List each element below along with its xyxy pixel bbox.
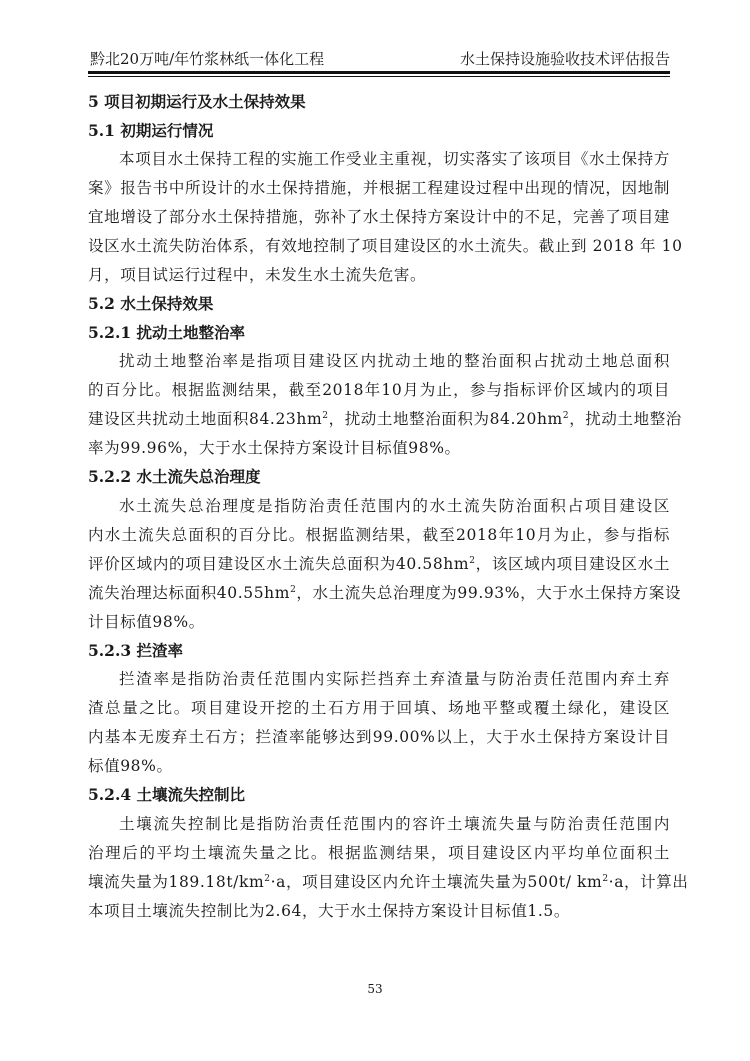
paragraph-line: 设区水土流失防治体系，有效地控制了项目建设区的水土流失。截止到 2018 年 1… [88, 232, 670, 261]
paragraph-line: 评价区域内的项目建设区水土流失总面积为40.58hm2，该区域内项目建设区水土 [88, 550, 670, 579]
section-5-2-2-paragraph: 水土流失总治理度是指防治责任范围内的水土流失防治面积占项目建设区 内水土流失总面… [88, 492, 670, 637]
paragraph-line: 建设区共扰动土地面积84.23hm2，扰动土地整治面积为84.20hm2，扰动土… [88, 405, 670, 434]
header-rule-thick [88, 71, 670, 74]
paragraph-line: 内基本无废弃土石方；拦渣率能够达到99.00%以上，大于水土保持方案设计目 [88, 723, 670, 752]
section-5-2-3-heading: 5.2.3 拦渣率 [88, 637, 670, 666]
paragraph-line: 本项目土壤流失控制比为2.64，大于水土保持方案设计目标值1.5。 [88, 897, 670, 926]
paragraph-line: 渣总量之比。项目建设开挖的土石方用于回填、场地平整或覆土绿化，建设区 [88, 694, 670, 723]
paragraph-line: 月，项目试运行过程中，未发生水土流失危害。 [88, 261, 670, 290]
paragraph-line: 的百分比。根据监测结果，截至2018年10月为止，参与指标评价区域内的项目 [88, 376, 670, 405]
page-body: 5 项目初期运行及水土保持效果 5.1 初期运行情况 本项目水土保持工程的实施工… [88, 88, 670, 926]
section-5-2-2-heading: 5.2.2 水土流失总治理度 [88, 463, 670, 492]
page-number: 53 [0, 982, 750, 996]
paragraph-line: 壤流失量为189.18t/km2·a，项目建设区内允许土壤流失量为500t/ k… [88, 868, 670, 897]
paragraph-line: 案》报告书中所设计的水土保持措施，并根据工程建设过程中出现的情况，因地制 [88, 174, 670, 203]
section-5-2-3-paragraph: 拦渣率是指防治责任范围内实际拦挡弃土弃渣量与防治责任范围内弃土弃 渣总量之比。项… [88, 665, 670, 781]
header-rule-thin [88, 76, 670, 77]
section-5-2-1-paragraph: 扰动土地整治率是指项目建设区内扰动土地的整治面积占扰动土地总面积 的百分比。根据… [88, 347, 670, 463]
header-project-title: 黔北20万吨/年竹浆林纸一体化工程 [90, 48, 324, 69]
paragraph-line: 率为99.96%，大于水土保持方案设计目标值98%。 [88, 434, 670, 463]
paragraph-line: 治理后的平均土壤流失量之比。根据监测结果，项目建设区内平均单位面积土 [88, 839, 670, 868]
section-5-heading: 5 项目初期运行及水土保持效果 [88, 88, 670, 117]
section-5-2-1-heading: 5.2.1 扰动土地整治率 [88, 319, 670, 348]
paragraph-line: 扰动土地整治率是指项目建设区内扰动土地的整治面积占扰动土地总面积 [88, 347, 670, 376]
section-5-1-paragraph: 本项目水土保持工程的实施工作受业主重视，切实落实了该项目《水土保持方 案》报告书… [88, 145, 670, 290]
section-5-2-heading: 5.2 水土保持效果 [88, 290, 670, 319]
paragraph-line: 水土流失总治理度是指防治责任范围内的水土流失防治面积占项目建设区 [88, 492, 670, 521]
paragraph-line: 流失治理达标面积40.55hm2，水土流失总治理度为99.93%，大于水土保持方… [88, 579, 670, 608]
paragraph-line: 拦渣率是指防治责任范围内实际拦挡弃土弃渣量与防治责任范围内弃土弃 [88, 665, 670, 694]
paragraph-line: 计目标值98%。 [88, 608, 670, 637]
header-report-title: 水土保持设施验收技术评估报告 [460, 48, 670, 69]
page-header: 黔北20万吨/年竹浆林纸一体化工程 水土保持设施验收技术评估报告 [88, 46, 670, 70]
paragraph-line: 本项目水土保持工程的实施工作受业主重视，切实落实了该项目《水土保持方 [88, 145, 670, 174]
paragraph-line: 宜地增设了部分水土保持措施，弥补了水土保持方案设计中的不足，完善了项目建 [88, 203, 670, 232]
paragraph-line: 标值98%。 [88, 752, 670, 781]
paragraph-line: 内水土流失总面积的百分比。根据监测结果，截至2018年10月为止，参与指标 [88, 521, 670, 550]
section-5-2-4-heading: 5.2.4 土壤流失控制比 [88, 781, 670, 810]
section-5-2-4-paragraph: 土壤流失控制比是指防治责任范围内的容许土壤流失量与防治责任范围内 治理后的平均土… [88, 810, 670, 926]
section-5-1-heading: 5.1 初期运行情况 [88, 117, 670, 146]
paragraph-line: 土壤流失控制比是指防治责任范围内的容许土壤流失量与防治责任范围内 [88, 810, 670, 839]
